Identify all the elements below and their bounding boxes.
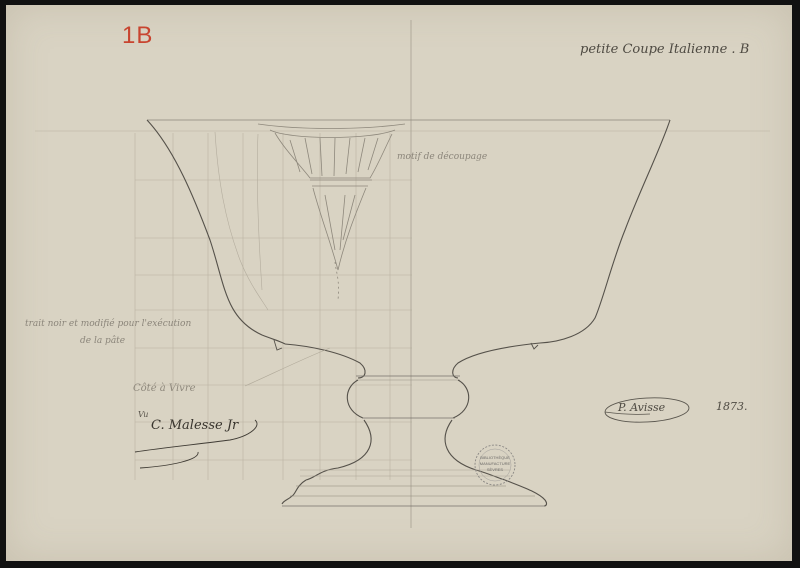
execution-annotation-line2: de la pâte [80,336,125,346]
bowl-outline [147,120,670,506]
side-annotation: Côté à Vivre [133,383,196,394]
vessel-drawing [0,0,800,568]
title-note: petite Coupe Italienne . B [580,42,749,57]
stamp-text: BIBLIOTHÈQUE MANUFACTURE SÈVRES [472,455,518,473]
construction-grid [35,131,770,480]
execution-annotation-line1: trait noir et modifié pour l'exécution [25,319,191,329]
vu-annotation: Vu [138,410,148,419]
motif-annotation: motif de découpage [397,152,487,162]
catalog-number: 1B [122,22,153,50]
signature-left: C. Malesse Jr [151,418,238,433]
year: 1873. [716,400,748,413]
stamp-line3: SÈVRES [472,467,518,473]
motif-sketch [215,124,405,310]
leader-line [245,348,330,386]
signature-right: P. Avisse [618,401,665,414]
